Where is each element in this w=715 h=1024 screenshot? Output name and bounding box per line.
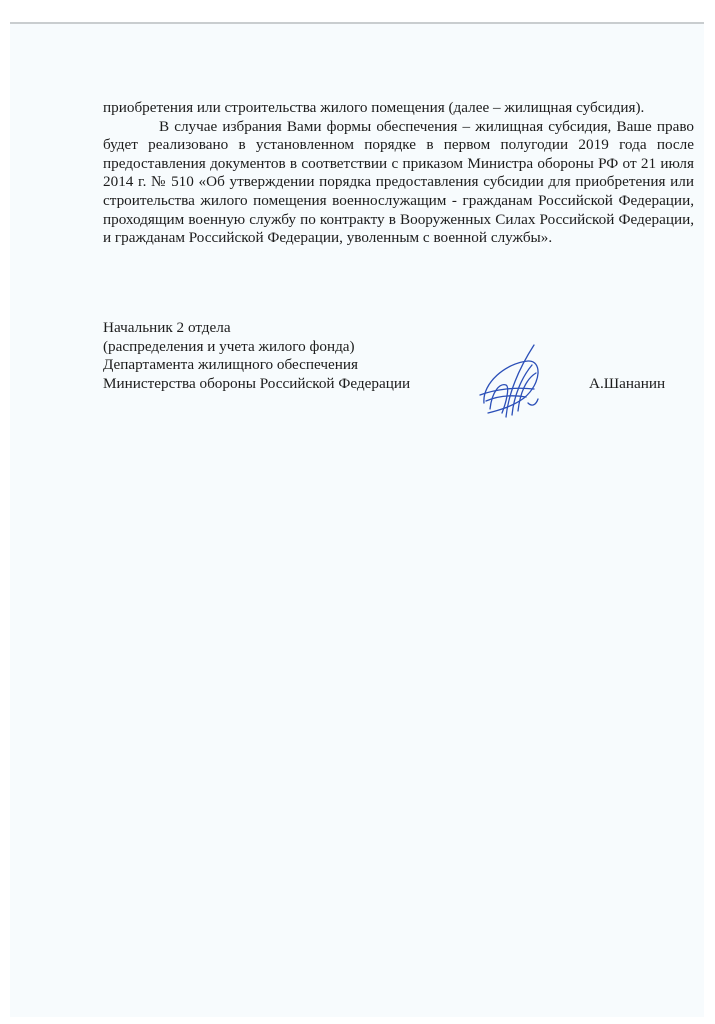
signature-block-title: Начальник 2 отдела (распределения и учет… [103, 319, 410, 393]
handwritten-signature-icon [476, 343, 546, 421]
paragraph-continuation: приобретения или строительства жилого по… [103, 99, 694, 118]
letter-body: приобретения или строительства жилого по… [103, 99, 694, 248]
position-line-3: Департамента жилищного обеспечения [103, 356, 410, 375]
position-line-2: (распределения и учета жилого фонда) [103, 338, 410, 357]
position-line-4: Министерства обороны Российской Федераци… [103, 375, 410, 394]
position-line-1: Начальник 2 отдела [103, 319, 410, 338]
signer-name: А.Шананин [589, 375, 665, 393]
paragraph-subsidy: В случае избрания Вами формы обеспечения… [103, 118, 694, 248]
